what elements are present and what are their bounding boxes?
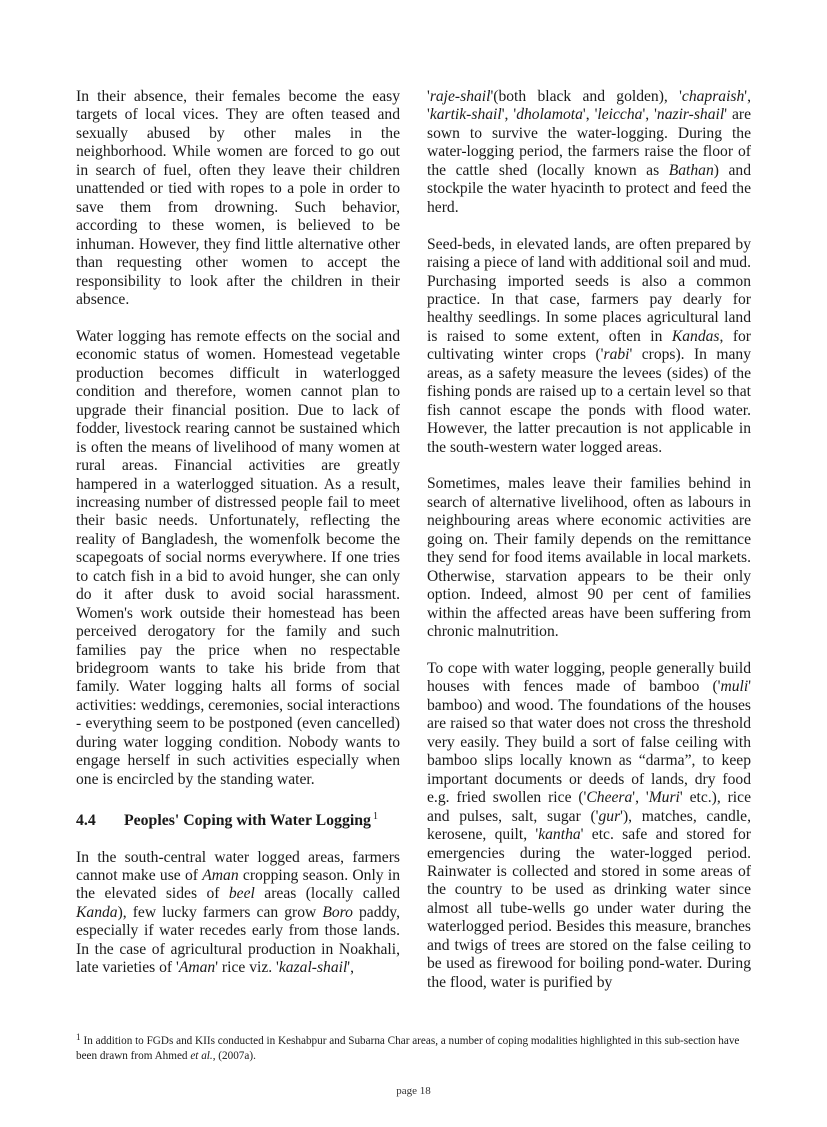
left-column: In their absence, their females become t… — [76, 88, 400, 996]
italic-term: kantha — [538, 826, 580, 843]
italic-term: Boro — [322, 904, 353, 921]
footnote-text: In addition to FGDs and KIIs conducted i… — [76, 1035, 739, 1062]
italic-term: Aman — [179, 959, 215, 976]
footnote-text: , (2007a). — [213, 1050, 256, 1062]
paragraph-coping-housing: To cope with water logging, people gener… — [427, 660, 751, 992]
paragraph-women-absence: In their absence, their females become t… — [76, 88, 400, 309]
text-run: ', — [347, 959, 354, 976]
page-number: page 18 — [0, 1085, 827, 1097]
italic-term: Muri — [649, 789, 680, 806]
paragraph-males-leave: Sometimes, males leave their families be… — [427, 475, 751, 641]
footnote: 1In addition to FGDs and KIIs conducted … — [76, 1030, 756, 1064]
italic-term: Aman — [202, 867, 238, 884]
italic-term: kazal-shail — [279, 959, 347, 976]
text-run: areas (locally called — [255, 885, 400, 902]
right-column: 'raje-shail'(both black and golden), 'ch… — [427, 88, 751, 1011]
paragraph-south-central-farmers: In the south-central water logged areas,… — [76, 849, 400, 978]
section-heading: 4.4Peoples' Coping with Water Logging1 — [76, 808, 400, 830]
italic-term: Bathan — [669, 162, 714, 179]
text-run: ' etc. safe and stored for emergencies d… — [427, 826, 751, 991]
italic-term: raje-shail — [430, 88, 491, 105]
paragraph-social-economic-effects: Water logging has remote effects on the … — [76, 328, 400, 789]
text-run: ' bamboo) and wood. The foundations of t… — [427, 678, 751, 806]
section-title: Peoples' Coping with Water Logging — [124, 812, 371, 829]
italic-term: gur — [598, 808, 620, 825]
italic-term: kartik-shail — [430, 106, 502, 123]
italic-term: muli — [720, 678, 748, 695]
text-run: ), few lucky farmers can grow — [118, 904, 323, 921]
document-page: In their absence, their females become t… — [0, 0, 827, 1127]
text-run: '(both black and golden), ' — [490, 88, 681, 105]
text-run: ' rice viz. ' — [215, 959, 279, 976]
footnote-reference[interactable]: 1 — [373, 811, 378, 822]
italic-term: leiccha — [597, 106, 642, 123]
paragraph-seed-beds: Seed-beds, in elevated lands, are often … — [427, 236, 751, 457]
footnote-marker: 1 — [76, 1032, 81, 1042]
text-run: ', ' — [632, 789, 648, 806]
section-number: 4.4 — [76, 812, 124, 830]
italic-term: Kanda — [76, 904, 118, 921]
text-run: ', ' — [583, 106, 597, 123]
italic-term: et al. — [190, 1050, 212, 1062]
paragraph-rice-varieties: 'raje-shail'(both black and golden), 'ch… — [427, 88, 751, 217]
text-run: ', ' — [642, 106, 656, 123]
text-run: ', ' — [502, 106, 516, 123]
text-run: To cope with water logging, people gener… — [427, 660, 751, 695]
italic-term: chapraish — [682, 88, 744, 105]
italic-term: Cheera — [586, 789, 632, 806]
italic-term: nazir-shail — [657, 106, 724, 123]
italic-term: beel — [229, 885, 255, 902]
italic-term: dholamota — [516, 106, 583, 123]
italic-term: Kandas — [672, 328, 720, 345]
italic-term: rabi — [604, 346, 630, 363]
